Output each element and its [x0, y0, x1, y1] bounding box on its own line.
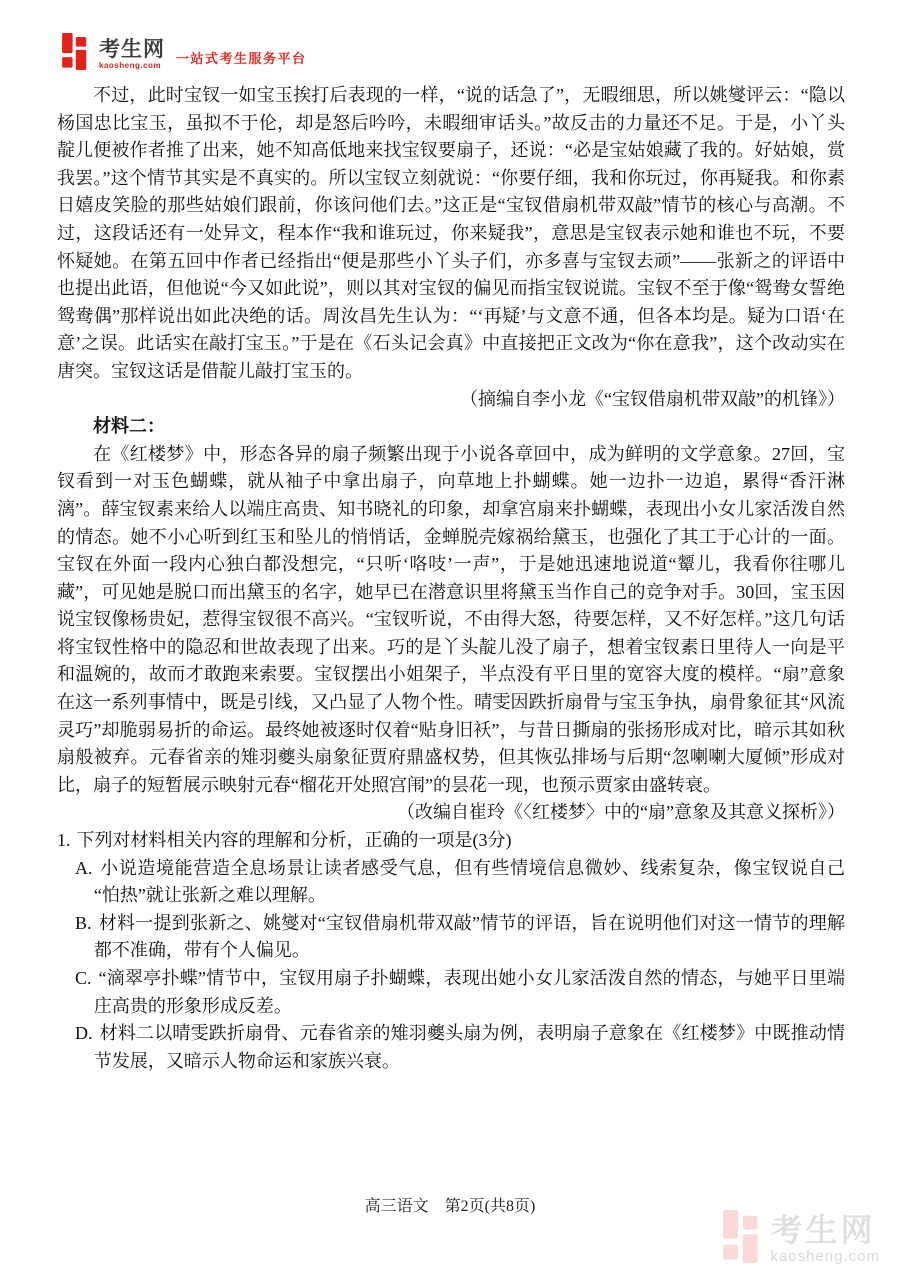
kaosheng-watermark-icon	[723, 1210, 760, 1268]
question-1-stem: 1.下列对材料相关内容的理解和分析，正确的一项是(3分)	[57, 827, 845, 855]
header: 考生网 kaosheng.com 一站式考生服务平台	[0, 0, 900, 70]
material-two-heading: 材料二：	[57, 413, 845, 441]
watermark-text: 考生网 kaosheng.com	[770, 1214, 880, 1264]
question-1: 1.下列对材料相关内容的理解和分析，正确的一项是(3分) A.小说造境能营造全息…	[57, 827, 845, 1075]
document-body: 不过，此时宝钗一如宝玉挨打后表现的一样，“说的话急了”，无暇细思，所以姚燮评云：…	[57, 82, 845, 1075]
option-d-text: 材料二以晴雯跌折扇骨、元春省亲的雉羽夔头扇为例，表明扇子意象在《红楼梦》中既推动…	[94, 1023, 845, 1071]
exam-page: 考生网 kaosheng.com 一站式考生服务平台 不过，此时宝钗一如宝玉挨打…	[0, 0, 900, 1075]
option-a-label: A.	[75, 858, 93, 878]
option-b: B.材料一提到张新之、姚燮对“宝钗借扇机带双敲”情节的评语，旨在说明他们对这一情…	[57, 910, 845, 965]
kaosheng-logo-icon	[62, 33, 88, 70]
watermark-domain: kaosheng.com	[770, 1249, 880, 1264]
material-two-attribution: （改编自崔玲《〈红楼梦〉中的“扇”意象及其意义探析》）	[57, 799, 845, 827]
option-d: D.材料二以晴雯跌折扇骨、元春省亲的雉羽夔头扇为例，表明扇子意象在《红楼梦》中既…	[57, 1020, 845, 1075]
material-one-attribution: （摘编自李小龙《“宝钗借扇机带双敲”的机锋》）	[57, 386, 845, 414]
material-one-paragraph: 不过，此时宝钗一如宝玉挨打后表现的一样，“说的话急了”，无暇细思，所以姚燮评云：…	[57, 82, 845, 386]
option-a-text: 小说造境能营造全息场景让读者感受气息，但有些情境信息微妙、线索复杂，像宝钗说自己…	[94, 858, 845, 906]
question-1-stem-text: 下列对材料相关内容的理解和分析，正确的一项是(3分)	[77, 830, 512, 850]
option-c-text: “滴翠亭扑蝶”情节中，宝钗用扇子扑蝴蝶，表现出她小女儿家活泼自然的情态，与她平日…	[94, 968, 845, 1016]
page-number-label: 高三语文 第2页(共8页)	[365, 1198, 536, 1215]
kaosheng-watermark: 考生网 kaosheng.com	[723, 1210, 880, 1268]
material-two-paragraph: 在《红楼梦》中，形态各异的扇子频繁出现于小说各章回中，成为鲜明的文学意象。27回…	[57, 441, 845, 800]
question-1-number: 1.	[57, 830, 71, 850]
option-d-label: D.	[75, 1023, 93, 1043]
option-b-text: 材料一提到张新之、姚燮对“宝钗借扇机带双敲”情节的评语，旨在说明他们对这一情节的…	[94, 913, 845, 961]
option-c-label: C.	[75, 968, 92, 988]
option-b-label: B.	[75, 913, 92, 933]
option-c: C.“滴翠亭扑蝶”情节中，宝钗用扇子扑蝴蝶，表现出她小女儿家活泼自然的情态，与她…	[57, 965, 845, 1020]
option-a: A.小说造境能营造全息场景让读者感受气息，但有些情境信息微妙、线索复杂，像宝钗说…	[57, 855, 845, 910]
brand-name: 考生网	[99, 39, 165, 60]
brand-domain: kaosheng.com	[99, 62, 165, 70]
brand-block: 考生网 kaosheng.com	[99, 39, 165, 70]
brand-tagline: 一站式考生服务平台	[176, 48, 307, 70]
watermark-brand: 考生网	[770, 1214, 880, 1246]
